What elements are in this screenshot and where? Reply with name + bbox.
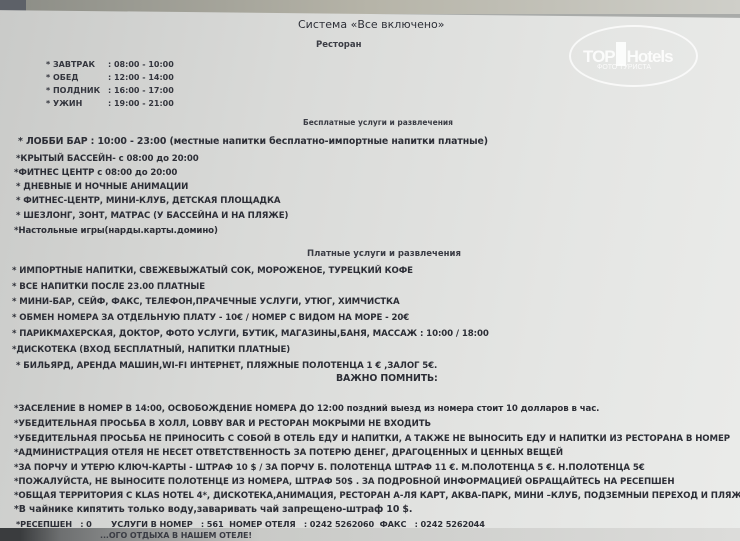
document-title: Система «Все включено» xyxy=(298,18,445,31)
watermark-tagline: ФОТО ТУРИСТА xyxy=(597,64,651,71)
list-item: *ПОЖАЛУЙСТА, НЕ ВЫНОСИТЕ ПОЛОТЕНЦЕ ИЗ НО… xyxy=(14,477,674,487)
meal-row: * ЗАВТРАК: 08:00 - 10:00 xyxy=(46,60,174,69)
list-item: *ДИСКОТЕКА (ВХОД БЕСПЛАТНЫЙ, НАПИТКИ ПЛА… xyxy=(12,345,290,355)
list-item: *УБЕДИТЕЛЬНАЯ ПРОСЬБА В ХОЛЛ, LOBBY BAR … xyxy=(14,419,431,429)
list-item: * ЛОББИ БАР : 10:00 - 23:00 (местные нап… xyxy=(18,136,488,147)
list-item: *УБЕДИТЕЛЬНАЯ ПРОСЬБА НЕ ПРИНОСИТЬ С СОБ… xyxy=(14,434,730,444)
meal-row: * ПОЛДНИК: 16:00 - 17:00 xyxy=(46,86,174,95)
list-item: *ОБЩАЯ ТЕРРИТОРИЯ С KLAS HOTEL 4*, ДИСКО… xyxy=(14,491,740,501)
list-item: *ЗАСЕЛЕНИЕ В НОМЕР В 14:00, ОСВОБОЖДЕНИЕ… xyxy=(14,404,599,414)
list-item: *Настольные игры(нарды.карты.домино) xyxy=(14,226,218,236)
tophotels-watermark: TOPHotels ФОТО ТУРИСТА xyxy=(569,25,698,87)
list-item: *КРЫТЫЙ БАССЕЙН- с 08:00 до 20:00 xyxy=(16,154,199,164)
list-item: * ДНЕВНЫЕ И НОЧНЫЕ АНИМАЦИИ xyxy=(16,182,188,192)
list-item: *АДМИНИСТРАЦИЯ ОТЕЛЯ НЕ НЕСЕТ ОТВЕТСТВЕН… xyxy=(14,448,563,458)
list-item: *В чайнике кипятить только воду,заварива… xyxy=(14,504,412,515)
paid-services-heading: Платные услуги и развлечения xyxy=(307,249,461,259)
list-item: * ФИТНЕС-ЦЕНТР, МИНИ-КЛУБ, ДЕТСКАЯ ПЛОЩА… xyxy=(16,196,280,206)
footer-partial-text: ...ОГО ОТДЫХА В НАШЕМ ОТЕЛЕ! xyxy=(100,531,252,540)
hotel-tower-icon xyxy=(616,42,626,66)
list-item: * МИНИ-БАР, СЕЙФ, ФАКС, ТЕЛЕФОН,ПРАЧЕЧНЫ… xyxy=(12,297,400,307)
free-services-heading: Бесплатные услуги и развлечения xyxy=(303,118,453,127)
list-item: * ШЕЗЛОНГ, ЗОНТ, МАТРАС (У БАССЕЙНА И НА… xyxy=(16,211,288,221)
remember-heading: ВАЖНО ПОМНИТЬ: xyxy=(336,373,438,384)
list-item: * ИМПОРТНЫЕ НАПИТКИ, СВЕЖЕВЫЖАТЫЙ СОК, М… xyxy=(12,266,413,276)
list-item: * ВСЕ НАПИТКИ ПОСЛЕ 23.00 ПЛАТНЫЕ xyxy=(12,282,205,292)
restaurant-heading: Ресторан xyxy=(316,40,362,50)
list-item: * БИЛЬЯРД, АРЕНДА МАШИН,WI-FI ИНТЕРНЕТ, … xyxy=(16,361,437,371)
list-item: * ОБМЕН НОМЕРА ЗА ОТДЕЛЬНУЮ ПЛАТУ - 10€ … xyxy=(12,313,409,323)
meal-row: * УЖИН: 19:00 - 21:00 xyxy=(46,99,174,108)
list-item: * ПАРИКМАХЕРСКАЯ, ДОКТОР, ФОТО УСЛУГИ, Б… xyxy=(12,329,489,339)
list-item: *ЗА ПОРЧУ И УТЕРЮ КЛЮЧ-КАРТЫ - ШТРАФ 10 … xyxy=(14,463,645,473)
list-item: *ФИТНЕС ЦЕНТР с 08:00 до 20:00 xyxy=(14,168,177,178)
meal-row: * ОБЕД: 12:00 - 14:00 xyxy=(46,73,174,82)
